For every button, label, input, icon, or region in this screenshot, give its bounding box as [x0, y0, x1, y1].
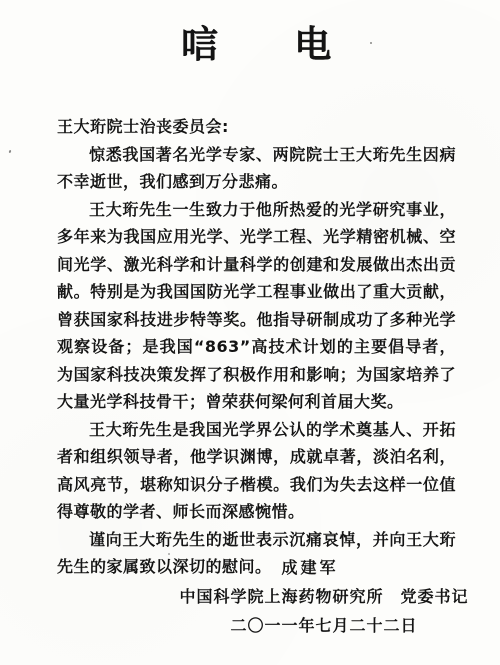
body-paragraph-2: 王大珩先生一生致力于他所热爱的光学研究事业，多年来为我国应用光学、光学工程、光学…	[57, 196, 456, 416]
scan-artifact-dot	[168, 553, 170, 555]
title-char-dian: 电	[294, 26, 331, 63]
body-paragraph-3: 王大珩先生是我国光学界公认的学术奠基人、开拓者和组织领导者，他学识渊博，成就卓著…	[57, 416, 456, 526]
document-title: 唁 电	[12, 26, 500, 63]
body-paragraph-1: 惊悉我国著名光学专家、两院院士王大珩先生因病不幸逝世，我们感到万分悲痛。	[57, 141, 456, 196]
document-body: 王大珩院士治丧委员会: 惊悉我国著名光学专家、两院院士王大珩先生因病不幸逝世，我…	[57, 113, 456, 581]
salutation-line: 王大珩院士治丧委员会:	[57, 113, 456, 141]
scanned-document-page: 唁 电 王大珩院士治丧委员会: 惊悉我国著名光学专家、两院院士王大珩先生因病不幸…	[0, 0, 500, 665]
scan-artifact-dot	[9, 150, 12, 154]
scan-artifact-dot	[370, 42, 372, 44]
signature-date: 二〇一一年七月二十二日	[164, 611, 484, 640]
title-char-yan: 唁	[181, 26, 218, 63]
signer-name: 成建军	[164, 553, 456, 582]
signer-affiliation: 中国科学院上海药物研究所 党委书记	[164, 582, 484, 611]
signature-block: 成建军 中国科学院上海药物研究所 党委书记 二〇一一年七月二十二日	[164, 553, 484, 640]
scan-artifact-dot	[75, 185, 77, 187]
